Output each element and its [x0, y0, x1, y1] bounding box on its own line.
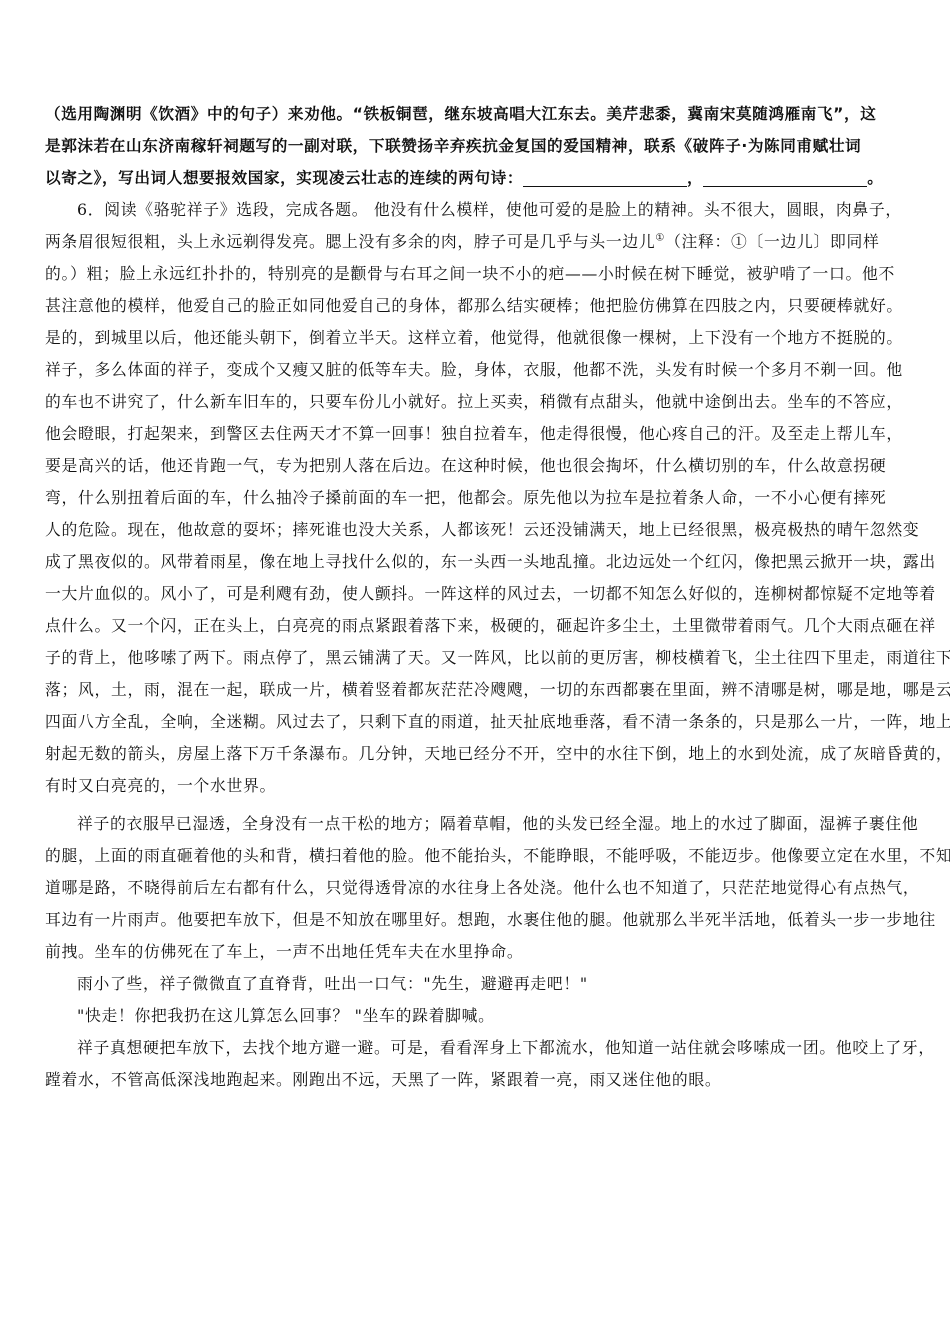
- para2-line-2: 的腿，上面的雨直砸着他的头和背，横扫着他的脸。他不能抬头，不能睁眼，不能呼吸，不…: [45, 840, 911, 872]
- para2-line-4: 耳边有一片雨声。他要把车放下，但是不知放在哪里好。想跑，水裹住他的腿。他就那么半…: [45, 904, 911, 936]
- q6-line-18: 射起无数的箭头，房屋上落下万千条瀑布。几分钟，天地已经分不开，空中的水往下倒，地…: [45, 738, 911, 770]
- para2-line-1: 祥子的衣服早已湿透，全身没有一点干松的地方；隔着草帽，他的头发已经全湿。地上的水…: [45, 808, 911, 840]
- q6-line-5: 是的，到城里以后，他还能头朝下，倒着立半天。这样立着，他觉得，他就很像一棵树，上…: [45, 322, 911, 354]
- footnote-text: （注释：①〔一边儿〕即同样: [665, 232, 879, 251]
- q6-line-2: 两条眉很短很粗，头上永远剃得发亮。腮上没有多余的肉，脖子可是几乎与头一边儿①（注…: [45, 226, 911, 258]
- q6-line-7: 的车也不讲究了，什么新车旧车的，只要车份儿小就好。拉上买卖，稍微有点甜头，他就中…: [45, 386, 911, 418]
- para2-line-3: 道哪是路，不晓得前后左右都有什么，只觉得透骨凉的水往身上各处浇。他什么也不知道了…: [45, 872, 911, 904]
- q5-line-1: （选用陶渊明《饮酒》中的句子）来劝他。“铁板铜琶，继东坡高唱大江东去。美芹悲黍，…: [45, 98, 911, 130]
- q6-line-17: 四面八方全乱，全响，全迷糊。风过去了，只剩下直的雨道，扯天扯底地垂落，看不清一条…: [45, 706, 911, 738]
- document-page: （选用陶渊明《饮酒》中的句子）来劝他。“铁板铜琶，继东坡高唱大江东去。美芹悲黍，…: [45, 98, 911, 1096]
- footnote-marker: ①: [655, 233, 665, 244]
- q6-line-1: 6．阅读《骆驼祥子》选段，完成各题。 他没有什么模样，使他可爱的是脸上的精神。头…: [45, 194, 911, 226]
- q6-line-16: 落；风，土，雨，混在一起，联成一片，横着竖着都灰茫茫冷飕飕，一切的东西都裹在里面…: [45, 674, 911, 706]
- para5-line-1: 祥子真想硬把车放下，去找个地方避一避。可是，看看浑身上下都流水，他知道一站住就会…: [45, 1032, 911, 1064]
- para3: 雨小了些，祥子微微直了直脊背，吐出一口气："先生，避避再走吧！": [45, 968, 911, 1000]
- para4: "快走！你把我扔在这儿算怎么回事？ "坐车的跺着脚喊。: [45, 1000, 911, 1032]
- q6-line-4: 甚注意他的模样，他爱自己的脸正如同他爱自己的身体，都那么结实硬棒；他把脸仿佛算在…: [45, 290, 911, 322]
- q6-line-6: 祥子，多么体面的祥子，变成个又瘦又脏的低等车夫。脸，身体，衣服，他都不洗，头发有…: [45, 354, 911, 386]
- answer-blank-1[interactable]: [523, 168, 687, 187]
- q6-line-2-text: 两条眉很短很粗，头上永远剃得发亮。腮上没有多余的肉，脖子可是几乎与头一边儿: [45, 232, 655, 251]
- q5-prompt: 以寄之》，写出词人想要报效国家，实现凌云壮志的连续的两句诗：: [45, 169, 523, 187]
- q6-line-12: 成了黑夜似的。风带着雨星，像在地上寻找什么似的，东一头西一头地乱撞。北边远处一个…: [45, 546, 911, 578]
- blank-separator: ，: [687, 169, 703, 187]
- q5-line-2: 是郭沫若在山东济南稼轩祠题写的一副对联，下联赞扬辛弃疾抗金复国的爱国精神，联系《…: [45, 130, 911, 162]
- para5-line-2: 蹚着水，不管高低深浅地跑起来。刚跑出不远，天黑了一阵，紧跟着一亮，雨又迷住他的眼…: [45, 1064, 911, 1096]
- q6-line-10: 弯，什么别扭着后面的车，什么抽冷子搡前面的车一把，他都会。原先他以为拉车是拉着条…: [45, 482, 911, 514]
- q6-line-13: 一大片血似的。风小了，可是利飕有劲，使人颤抖。一阵这样的风过去，一切都不知怎么好…: [45, 578, 911, 610]
- q6-line-19: 有时又白亮亮的，一个水世界。: [45, 770, 911, 802]
- q6-line-3: 的。）粗；脸上永远红扑扑的，特别亮的是颧骨与右耳之间一块不小的疤——小时候在树下…: [45, 258, 911, 290]
- q5-line-3: 以寄之》，写出词人想要报效国家，实现凌云壮志的连续的两句诗：，。: [45, 162, 911, 194]
- q6-line-11: 人的危险。现在，他故意的耍坏；摔死谁也没大关系，人都该死！云还没铺满天，地上已经…: [45, 514, 911, 546]
- q6-line-15: 子的背上，他哆嗦了两下。雨点停了，黑云铺满了天。又一阵风，比以前的更厉害，柳枝横…: [45, 642, 911, 674]
- q6-line-8: 他会瞪眼，打起架来，到警区去住两天才不算一回事！独自拉着车，他走得很慢，他心疼自…: [45, 418, 911, 450]
- q6-line-9: 要是高兴的话，他还肯跑一气，专为把别人落在后边。在这种时候，他也很会掏坏，什么横…: [45, 450, 911, 482]
- q6-line-14: 点什么。又一个闪，正在头上，白亮亮的雨点紧跟着落下来，极硬的，砸起许多尘土，土里…: [45, 610, 911, 642]
- answer-blank-2[interactable]: [703, 168, 867, 187]
- para2-line-5: 前拽。坐车的仿佛死在了车上，一声不出地任凭车夫在水里挣命。: [45, 936, 911, 968]
- end-punct: 。: [867, 169, 883, 187]
